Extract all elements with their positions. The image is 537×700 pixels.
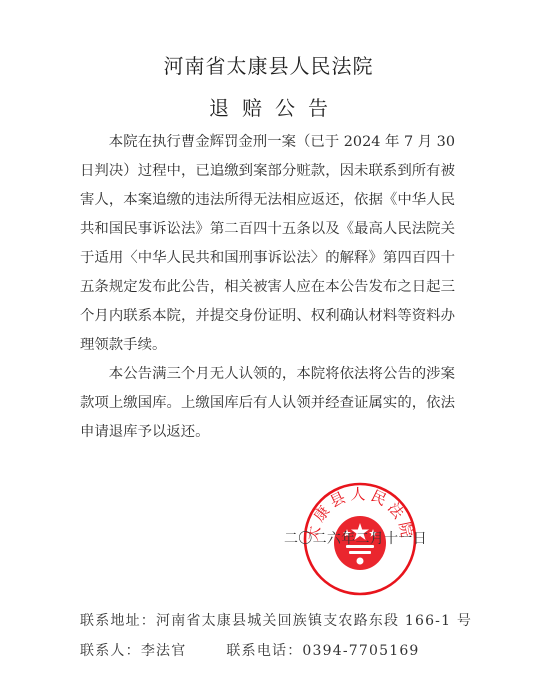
address-value: 河南省太康县城关回族镇支农路东段 166-1 号 [156, 613, 472, 629]
paragraph-2: 本公告满三个月无人认领的，本院将依法将公告的涉案款项上缴国库。上缴国库后有人认领… [80, 360, 455, 447]
contact-address: 联系地址：河南省太康县城关回族镇支农路东段 166-1 号 [80, 610, 472, 630]
person-label: 联系人： [80, 643, 141, 659]
paragraph-1: 本院在执行曹金辉罚金刑一案（已于 2024 年 7 月 30 日判决）过程中，已… [80, 128, 455, 360]
contact-person-line: 联系人：李法官联系电话：0394-7705169 [80, 640, 420, 660]
address-label: 联系地址： [80, 613, 156, 629]
document-title: 退赔公告 [0, 92, 537, 121]
announcement-body: 本院在执行曹金辉罚金刑一案（已于 2024 年 7 月 30 日判决）过程中，已… [80, 128, 455, 447]
issue-date: 二〇二六年二月十一日 [284, 528, 427, 548]
court-name: 河南省太康县人民法院 [0, 50, 537, 79]
phone-value: 0394-7705169 [302, 643, 419, 659]
phone-label: 联系电话： [226, 643, 302, 659]
person-value: 李法官 [141, 643, 187, 659]
